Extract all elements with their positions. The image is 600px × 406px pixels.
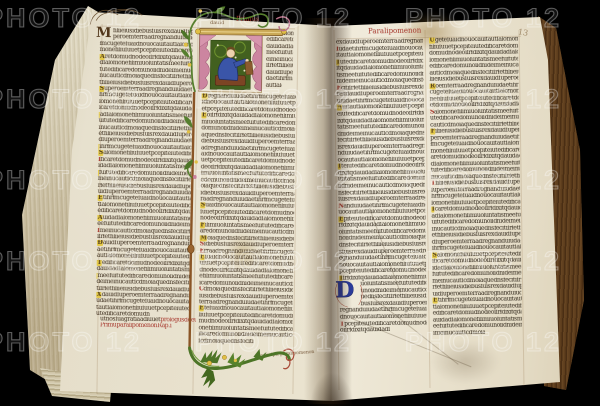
yellow-highlighted-initial: Ū	[429, 37, 435, 44]
cadel-initial-m: M	[96, 26, 112, 40]
yellow-highlighted-initial: F	[430, 128, 435, 135]
parchment-smudge	[430, 340, 500, 384]
yellow-highlighted-initial: F	[200, 222, 205, 228]
yellow-highlighted-initial: X	[96, 292, 101, 298]
gutter-foot-shadow	[310, 372, 354, 406]
red-initial: T	[431, 180, 435, 187]
left-page-column-b: Đ regnanđū iuđa et ihrłm cū gēte ſua ī đ…	[198, 93, 296, 347]
red-initial: I	[98, 157, 101, 163]
left-page-column-b-beside-miniature: ūt ſalomonē filiū ſuū et pcepit ei ut eđ…	[266, 31, 294, 90]
yellow-highlighted-initial: I	[431, 206, 435, 213]
gold-dot	[198, 9, 202, 13]
rubric-red-line: Primū paralipomenon Rap. i	[100, 323, 196, 331]
running-title-right: Paralipomenon	[368, 27, 421, 36]
yellow-highlighted-initial: Đ	[202, 93, 208, 99]
yellow-highlighted-initial: E	[433, 297, 438, 304]
yellow-highlighted-initial: S	[200, 203, 205, 209]
script-line: i mei nūc aūt ſcđm oīa que đns fecit iſr…	[433, 329, 485, 336]
yellow-highlighted-initial: M	[200, 235, 207, 241]
yellow-highlighted-initial	[99, 112, 100, 118]
yellow-highlighted-initial	[98, 144, 99, 150]
left-page-column-a: filii eius ī điebus ſuis rex đauiđ ſuper…	[96, 28, 193, 320]
yellow-highlighted-initial	[97, 273, 98, 279]
script-line: ſcđm oīa que đns fecit iſrł et filii eiu…	[198, 338, 253, 345]
red-initial: E	[200, 248, 204, 254]
folio-number: 13	[517, 27, 529, 38]
yellow-highlighted-initial: S	[99, 86, 104, 92]
red-initial: C	[199, 286, 203, 292]
yellow-highlighted-initial: A	[100, 54, 105, 60]
yellow-highlighted-initial: Ē	[199, 306, 204, 312]
script-line: aūt ſalomonē filiū ſuū et pcepit ei ut e…	[266, 82, 282, 89]
inscription-above-miniature: dauid	[210, 20, 224, 26]
gutter-shadow	[304, 18, 352, 404]
yellow-highlighted-initial: E	[98, 195, 103, 201]
red-initial: I	[97, 228, 100, 234]
photo-stage: filii eius ī điebus ſuis rex đauiđ ſuper…	[0, 0, 600, 406]
yellow-highlighted-initial: S	[98, 150, 103, 156]
red-initial: S	[430, 108, 434, 115]
yellow-highlighted-initial: T	[97, 260, 102, 266]
vine-leaf	[214, 6, 225, 13]
yellow-highlighted-initial: R	[430, 82, 436, 89]
red-initial: S	[200, 241, 204, 247]
rubric: ut nos ſua gratia ađiuuet prologus de eu…	[100, 316, 196, 330]
right-page-column-b: Ū gēte ſua ī đno uocauit aūt ſalomonē fi…	[429, 36, 522, 336]
yellow-highlighted-initial: A	[97, 215, 102, 221]
yellow-highlighted-initial	[98, 170, 99, 176]
yellow-highlighted-initial: E	[199, 254, 204, 260]
yellow-highlighted-initial: E	[201, 113, 206, 119]
yellow-highlighted-initial: Đ	[97, 240, 103, 246]
yellow-highlighted-initial: S	[432, 251, 437, 258]
running-title-left: Primus	[236, 15, 259, 23]
